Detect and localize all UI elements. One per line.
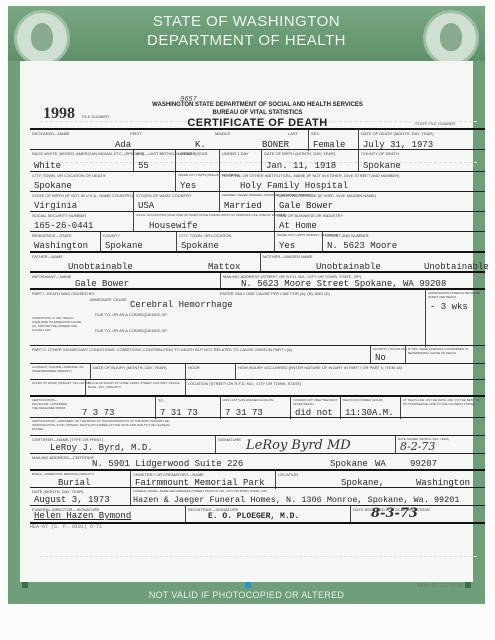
agency-line1: WASHINGTON STATE DEPARTMENT OF SOCIAL AN…	[30, 102, 485, 108]
row-part2: PART II. OTHER SIGNIFICANT CONDITIONS: C…	[30, 345, 485, 364]
race-cell: RACE WHITE, NEGRO, AMERICAN INDIAN, ETC.…	[30, 150, 133, 172]
how-injury-cell: HOW INJURY OCCURRED (ENTER NATURE OF INJ…	[235, 364, 485, 380]
file-number-label: FILE NUMBER	[82, 114, 109, 119]
business-cell: KIND OF BUSINESS OR INDUSTRY At Home	[274, 212, 485, 232]
residence-inside-city: Yes	[279, 241, 295, 251]
row-accident: ACCIDENT, SUICIDE, HOMICIDE, OR UNDETERM…	[30, 363, 485, 380]
row-injury-place: INJURY AT WORK (SPECIFY YES OR NO) PLACE…	[30, 379, 485, 396]
injury-date-cell: DATE OF INJURY (MONTH, DAY, YEAR)	[90, 364, 185, 380]
spouse-cell: SURVIVING SPOUSE (IF WIFE, GIVE MAIDEN N…	[274, 192, 485, 212]
date-signed-cell: DATE SIGNED (MONTH, DAY, YEAR) 8-2-73	[395, 436, 485, 454]
autopsy-cell: AUTOPSY (YES OR NO) No	[370, 346, 405, 364]
inside-city-cell: INSIDE CITY LIMITS (SPECIFY YES OR NO) Y…	[175, 172, 219, 192]
inside-city: Yes	[180, 181, 196, 191]
hospital-cell: HOSPITAL OR OTHER INSTITUTION—NAME (IF N…	[219, 172, 485, 192]
registrar-cell: REGISTRAR—SIGNATURE E. O. PLOEGER, M.D.	[185, 506, 350, 522]
row-burial: BURIAL, CREMATION, REMOVAL (SPECIFY) Bur…	[30, 469, 485, 489]
center-mark	[245, 582, 251, 588]
under-1-day-cell: UNDER 1 DAY	[219, 150, 261, 172]
birth-state: Virginia	[34, 201, 77, 211]
date-signed: 8-2-73	[400, 440, 435, 453]
burial-date-cell: DATE (MONTH, DAY, YEAR) August 3, 1973	[30, 488, 130, 506]
race-value: White	[34, 161, 61, 171]
row-place-of-death: CITY, TOWN, OR LOCATION OF DEATH Spokane…	[30, 171, 485, 192]
citizenship: USA	[138, 201, 154, 211]
director-cell: FUNERAL DIRECTOR—SIGNATURE Helen Hazen B…	[30, 506, 185, 522]
marital-status: Married	[224, 201, 262, 211]
row-certifier: CERTIFIER—NAME (TYPE OR PRINT) LeRoy J. …	[30, 435, 485, 454]
certifier-name: LeRoy J. Byrd, M.D.	[50, 443, 153, 453]
residence-street: N. 5623 Moore	[327, 241, 397, 251]
registrar: E. O. PLOEGER, M.D.	[208, 512, 299, 521]
hospital: Holy Family Hospital	[240, 181, 348, 191]
findings-cell: IF YES, WERE FINDINGS CONSIDERED IN DETE…	[405, 346, 485, 364]
residence-state: Washington	[34, 241, 88, 251]
certifier-address-cell: MAILING ADDRESS—CERTIFIER N. 5901 Lidger…	[30, 454, 485, 470]
row-coroner: CERTIFICATION—CORONER: ON THE BASIS OF T…	[30, 417, 485, 436]
age-cell: AGE—LAST BIRTHDAY (YEARS) 55	[133, 150, 175, 172]
birth-state-cell: STATE OF BIRTH (IF NOT IN U.S.A., NAME C…	[30, 192, 133, 212]
city-of-death: Spokane	[34, 181, 72, 191]
surviving-spouse: Gale Bower	[279, 201, 333, 211]
occupation-cell: USUAL OCCUPATION (GIVE KIND OF WORK DONE…	[133, 212, 274, 232]
state-file-label: STATE FILE NUMBER	[415, 121, 455, 126]
occupation: Housewife	[149, 221, 198, 231]
interval-a: - 3 wks	[430, 302, 468, 312]
row-birth: STATE OF BIRTH (IF NOT IN U.S.A., NAME C…	[30, 191, 485, 212]
signature-cell: SIGNATURE LeRoy Byrd MD	[215, 436, 395, 454]
sex-cell: SEX Female	[308, 130, 358, 151]
burial-date: August 3, 1973	[34, 495, 110, 505]
cause-cell: PART I. DEATH WAS CAUSED BY: ENTER ONLY …	[30, 290, 425, 347]
corner-mark-left	[22, 582, 28, 588]
row-residence: RESIDENCE—STATE Washington COUNTY Spokan…	[30, 231, 485, 252]
business: At Home	[279, 221, 317, 231]
row-parents: FATHER—NAME Unobtainable Mattox MOTHER—M…	[30, 251, 485, 273]
res-inside-cell: INSIDE CITY LIMITS (SPECIFY YES OR NO) Y…	[274, 232, 322, 252]
cause-a: Cerebral Hemorrhage	[130, 300, 233, 310]
row-occupation: SOCIAL SECURITY NUMBER 165-26-0441 USUAL…	[30, 211, 485, 232]
county-of-death-cell: COUNTY OF DEATH Spokane	[358, 150, 485, 172]
deceased-name-cell: DECEASED—NAME FIRST MIDDLE LAST Ada K. B…	[30, 130, 308, 151]
coroner-cell: CERTIFICATION—CORONER: ON THE BASIS OF T…	[30, 418, 485, 436]
certifier-state: WA	[375, 459, 386, 469]
marital-cell: MARRIED, NEVER MARRIED, WIDOWED, DIVORCE…	[219, 192, 274, 212]
injury-hour-cell: HOUR	[185, 364, 235, 380]
file-number: 1998	[43, 105, 75, 123]
dob-cell: DATE OF BIRTH (MONTH, DAY, YEAR) Jan. 11…	[261, 150, 358, 172]
death-hour-cell: DEATH OCCURRED (HOUR) 11:30A.M.	[340, 397, 400, 419]
part2-cell: PART II. OTHER SIGNIFICANT CONDITIONS: C…	[30, 346, 370, 364]
doh-form-code: DOH 422-132 (4/18)	[418, 583, 463, 589]
physician-signature: LeRoy Byrd MD	[246, 438, 351, 453]
date-of-birth: Jan. 11, 1918	[266, 161, 336, 171]
place-injury-cell: PLACE OF INJURY AT HOME, FARM, STREET, F…	[85, 380, 185, 396]
header-state: STATE OF WASHINGTON	[8, 13, 485, 30]
ssn: 165-26-0441	[34, 221, 93, 231]
row-physician-cert: CERTIFICATION—PHYSICIAN: I ATTENDED THE …	[30, 395, 485, 419]
attended-from-cell: CERTIFICATION—PHYSICIAN: I ATTENDED THE …	[30, 397, 155, 419]
certifier-zip: 99207	[410, 459, 437, 469]
age-value: 55	[138, 161, 149, 171]
received-date-cell: DATE RECEIVED BY LOCAL REGISTRAR 8-3-73	[350, 506, 485, 522]
injury-location-cell: LOCATION (STREET OR R.F.D. NO., CITY OR …	[185, 380, 485, 396]
corner-mark-right	[465, 582, 471, 588]
under-1-year-cell: UNDER 1 YEAR	[175, 150, 219, 172]
res-county-cell: COUNTY Spokane	[100, 232, 176, 252]
footer-warning: NOT VALID IF PHOTOCOPIED OR ALTERED	[8, 590, 485, 600]
funeral-director: Helen Hazen Bymond	[34, 511, 131, 521]
row-race-age: RACE WHITE, NEGRO, AMERICAN INDIAN, ETC.…	[30, 149, 485, 172]
row-certifier-address: MAILING ADDRESS—CERTIFIER N. 5901 Lidger…	[30, 453, 485, 470]
res-state-cell: RESIDENCE—STATE Washington	[30, 232, 100, 252]
injury-work-cell: INJURY AT WORK (SPECIFY YES OR NO)	[30, 380, 85, 396]
received-date: 8-3-73	[371, 506, 418, 521]
header-department: DEPARTMENT OF HEALTH	[8, 32, 485, 49]
res-city-cell: CITY, TOWN, OR LOCATION Spokane	[176, 232, 274, 252]
accident-cell: ACCIDENT, SUICIDE, HOMICIDE, OR UNDETERM…	[30, 364, 90, 380]
certifier-street: N. 5901 Lidgerwood Suite 226	[92, 459, 243, 469]
date-of-death-cell: DATE OF DEATH (MONTH, DAY, YEAR) July 31…	[358, 130, 485, 151]
row-cause-of-death: PART I. DEATH WAS CAUSED BY: ENTER ONLY …	[30, 288, 485, 347]
city-of-death-cell: CITY, TOWN, OR LOCATION OF DEATH Spokane	[30, 172, 175, 192]
cause-stated-cell: AT THE PLACE, ON THE DATE, AND, TO THE B…	[400, 397, 485, 419]
residence-county: Spokane	[105, 241, 143, 251]
view-body-cell: I DID/DID NOT VIEW THE BODY AFTER DEATH …	[290, 397, 340, 419]
funeral-home-cell: FUNERAL HOME—NAME AND ADDRESS (STREET OR…	[130, 488, 485, 506]
funeral-home: Hazen & Jaeger Funeral Homes, N. 1306 Mo…	[133, 495, 459, 505]
residence-city: Spokane	[181, 241, 219, 251]
last-saw-cell: AND LAST SAW HIM/HER ALIVE ON 7 31 73	[220, 397, 290, 419]
interval-cell: APPROXIMATE INTERVAL BETWEEN ONSET AND D…	[425, 290, 485, 347]
row-name: DECEASED—NAME FIRST MIDDLE LAST Ada K. B…	[30, 128, 485, 151]
attended-to-cell: TO 7 31 73	[155, 397, 220, 419]
row-registrar: FUNERAL DIRECTOR—SIGNATURE Helen Hazen B…	[30, 505, 485, 524]
res-street-cell: STREET AND NUMBER N. 5623 Moore	[322, 232, 485, 252]
header-band: STATE OF WASHINGTON DEPARTMENT OF HEALTH	[8, 6, 485, 61]
father-cell: FATHER—NAME Unobtainable Mattox	[30, 253, 260, 273]
citizen-cell: CITIZEN OF WHAT COUNTRY USA	[133, 192, 219, 212]
certifier-cell: CERTIFIER—NAME (TYPE OR PRINT) LeRoy J. …	[30, 436, 215, 454]
mother-cell: MOTHER—MAIDEN NAME Unobtainable Unobtain…	[260, 253, 485, 273]
county-of-death: Spokane	[363, 161, 401, 171]
autopsy-value: No	[375, 353, 386, 363]
form-number: HEA-67 (S. F. 8191) 6-71	[30, 524, 102, 530]
certifier-city: Spokane	[330, 459, 368, 469]
row-funeral-home: DATE (MONTH, DAY, YEAR) August 3, 1973 F…	[30, 487, 485, 506]
ssn-cell: SOCIAL SECURITY NUMBER 165-26-0441	[30, 212, 133, 232]
